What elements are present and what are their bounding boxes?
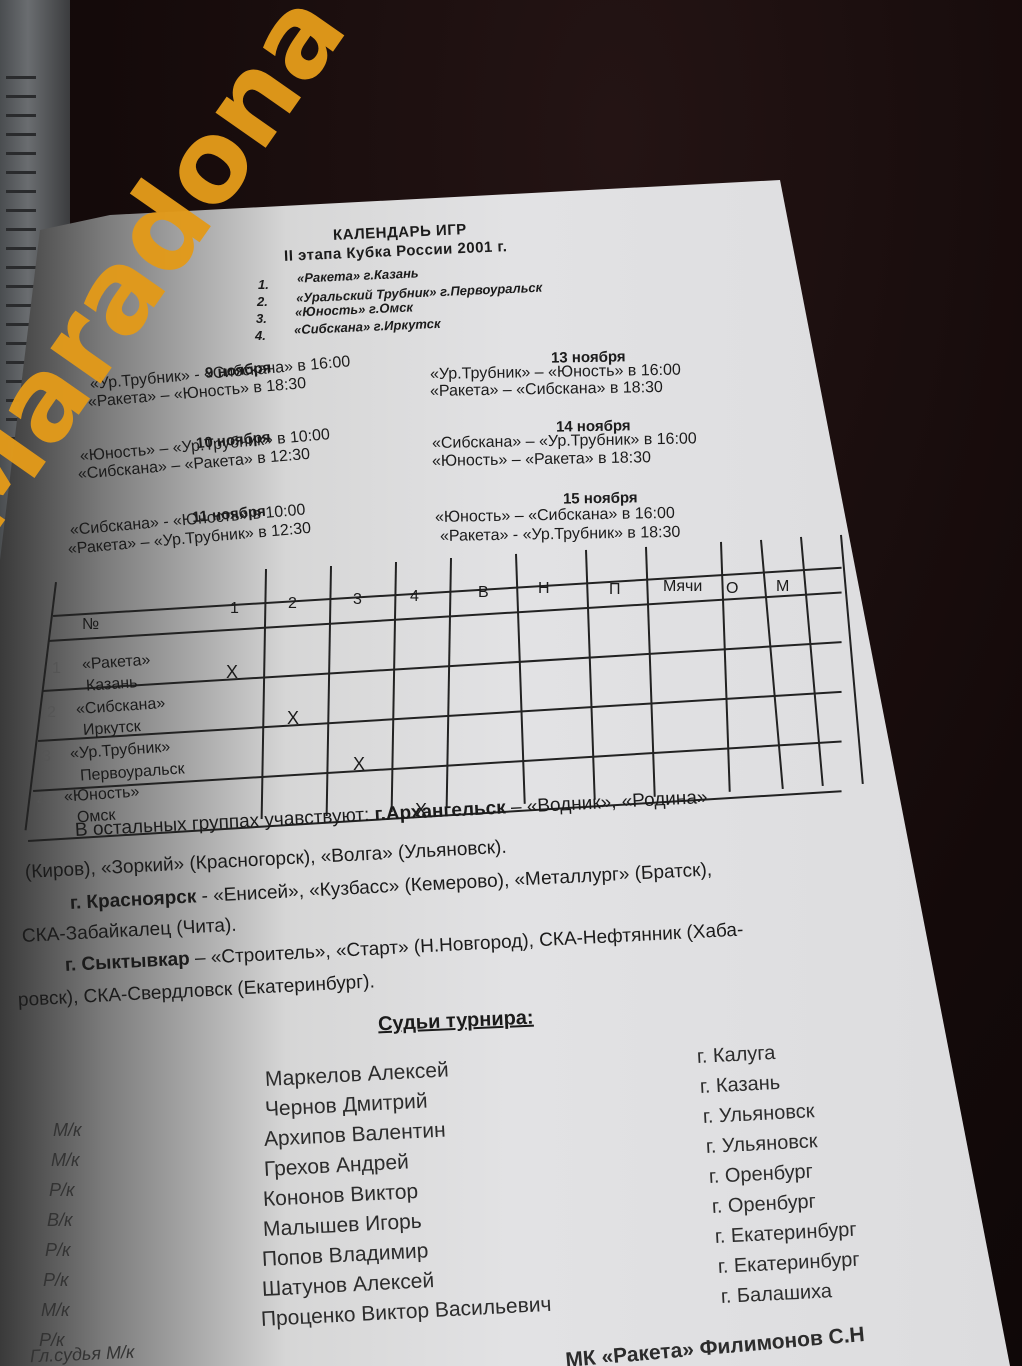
participant-number: 3. [256,311,267,326]
paragraph-text: – «Водник», «Родина» [505,787,708,819]
row-number: 3 [42,746,51,767]
table-header-cell: П [609,581,621,599]
referee-name: Маркелов Алексей [264,1058,449,1092]
row-team-name: «Сибскана» [75,693,166,720]
row-number: 2 [47,702,56,723]
page-content: КАЛЕНДАРЬ ИГР II этапа Кубка России 2001… [0,0,1022,1366]
table-cell-mark: X [226,662,238,683]
referee-city: г. Екатеринбург [717,1249,860,1279]
referee-city: г. Оренбург [708,1161,813,1189]
table-header-cell: 1 [230,600,239,618]
row-team-city: Казань [85,672,138,697]
referee-category: Р/к [43,1270,69,1291]
footer-signature: МК «Ракета» Филимонов С.Н [565,1323,866,1366]
row-number: 1 [52,658,61,679]
table-grid-line [840,535,864,784]
referee-name: Грехов Андрей [263,1150,409,1182]
paragraph-text: СКА-Забайкалец (Чита). [21,915,237,947]
table-header-cell: Мячи [663,578,702,596]
row-team-city: Иркутск [82,716,141,741]
paragraph-text: ровск), СКА-Свердловск (Екатеринбург). [17,971,375,1011]
referee-name: Попов Владимир [261,1239,429,1272]
chief-referee-label: Гл.судья М/к [30,1342,135,1366]
referee-category: М/к [51,1150,80,1171]
row-number: 4 [37,790,46,811]
table-header-cell: М [776,578,789,596]
referee-name: Кононов Виктор [262,1180,418,1212]
referee-city: г. Казань [699,1072,780,1099]
table-header-cell: Н [538,580,550,598]
table-header-cell: 2 [288,595,297,613]
paragraph-line: ровск), СКА-Свердловск (Екатеринбург). [17,971,375,1012]
referee-category: Р/к [45,1240,71,1261]
paragraph-text: – «Строитель», «Старт» (Н.Новгород), СКА… [189,919,744,969]
city-name-bold: г. Красноярск [69,886,196,914]
referee-city: г. Ульяновск [702,1100,815,1129]
referee-name: Шатунов Алексей [261,1269,434,1302]
table-grid-line [43,641,842,692]
page-subtitle: II этапа Кубка России 2001 г. [284,238,508,265]
schedule-match: «Сибскана» – «Ур.Трубник» в 16:00 [432,430,697,453]
referee-name: Архипов Валентин [263,1118,446,1151]
referee-city: г. Ульяновск [705,1130,818,1159]
participant-number: 2. [257,294,268,309]
referee-category: В/к [47,1210,73,1231]
schedule-match: «Юность» – «Ракета» в 18:30 [432,449,651,471]
row-team-name: «Юность» [63,781,140,807]
schedule-match: «Ракета» – «Сибскана» в 18:30 [430,379,663,401]
table-grid-line [261,569,267,819]
table-grid-line [391,562,397,812]
table-header-cell: О [726,580,738,598]
table-grid-line [585,550,596,800]
table-header-cell: 4 [410,588,419,606]
table-grid-line [515,554,526,804]
table-cell-mark: X [287,708,299,729]
table-header-cell: № [82,616,99,634]
participant-number: 4. [255,328,266,343]
table-grid-line [645,547,656,797]
referee-category: М/к [41,1300,70,1321]
table-grid-line [446,558,452,808]
city-name-bold: г. Сыктывкар [64,948,190,976]
table-grid-line [800,537,824,786]
referee-category: М/к [53,1120,82,1141]
city-name-bold: г.Архангельск [374,797,506,825]
table-grid-line [326,566,332,816]
referee-name: Малышев Игорь [262,1210,422,1242]
paragraph-text: В остальных группах учавствуют: [74,804,375,841]
table-grid-line [760,540,784,789]
referee-city: г. Екатеринбург [714,1219,857,1249]
table-header-cell: 3 [353,591,362,609]
referee-category: Р/к [49,1180,75,1201]
participant-item: «Сибскана» г.Иркутск [294,316,441,337]
paragraph-line: СКА-Забайкалец (Чита). [21,915,237,948]
table-cell-mark: X [353,754,365,775]
referee-city: г. Оренбург [711,1191,816,1219]
referee-name: Чернов Дмитрий [264,1089,428,1121]
participant-item: «Ракета» г.Казань [297,265,419,285]
row-team-name: «Ракета» [81,650,151,676]
table-header-cell: В [478,584,489,602]
participant-number: 1. [258,277,269,292]
referee-city: г. Калуга [696,1042,775,1069]
referees-title: Судьи турнира: [378,1007,535,1037]
schedule-match: «Ракета» - «Ур.Трубник» в 18:30 [440,524,681,546]
referee-city: г. Балашиха [720,1280,832,1309]
